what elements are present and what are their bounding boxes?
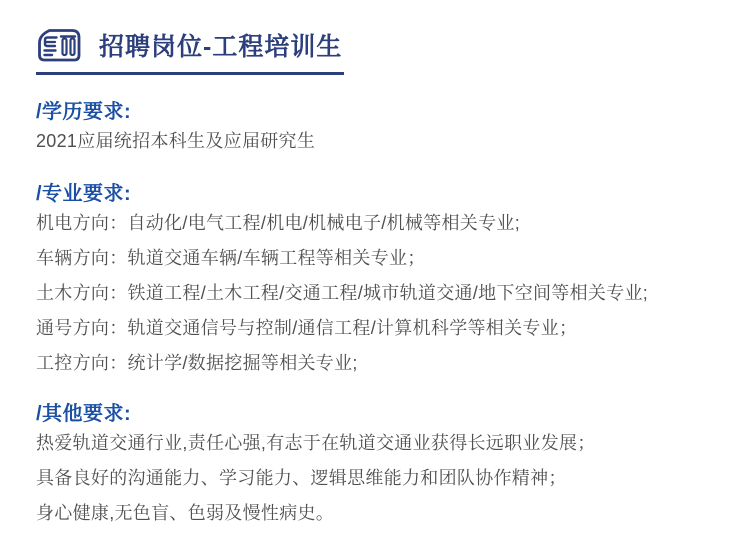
- other-requirement-skills: 具备良好的沟通能力、学习能力、逻辑思维能力和团队协作精神；: [36, 461, 712, 496]
- section-majors: /专业要求: 机电方向：自动化/电气工程/机电/机械电子/机械等相关专业; 车辆…: [36, 183, 712, 381]
- section-heading-majors: /专业要求:: [36, 183, 712, 206]
- major-line-vehicles: 车辆方向：轨道交通车辆/车辆工程等相关专业；: [36, 241, 712, 276]
- section-other: /其他要求: 热爱轨道交通行业,责任心强,有志于在轨道交通业获得长远职业发展； …: [36, 403, 712, 531]
- education-requirement-line: 2021应届统招本科生及应届研究生: [36, 124, 712, 159]
- major-line-signal: 通号方向：轨道交通信号与控制/通信工程/计算机科学等相关专业；: [36, 311, 712, 346]
- other-requirement-passion: 热爱轨道交通行业,责任心强,有志于在轨道交通业获得长远职业发展；: [36, 426, 712, 461]
- page-title: 招聘岗位-工程培训生: [99, 28, 342, 66]
- section-heading-other: /其他要求:: [36, 403, 712, 426]
- major-line-industrial-control: 工控方向：统计学/数据挖掘等相关专业;: [36, 346, 712, 381]
- section-heading-education: /学历要求:: [36, 101, 712, 124]
- train-icon: [36, 28, 82, 66]
- section-education: /学历要求: 2021应届统招本科生及应届研究生: [36, 101, 712, 159]
- major-line-civil: 土木方向：铁道工程/土木工程/交通工程/城市轨道交通/地下空间等相关专业;: [36, 276, 712, 311]
- major-line-mechatronics: 机电方向：自动化/电气工程/机电/机械电子/机械等相关专业;: [36, 206, 712, 241]
- job-posting-page: 招聘岗位-工程培训生 /学历要求: 2021应届统招本科生及应届研究生 /专业要…: [0, 0, 742, 531]
- other-requirement-health: 身心健康,无色盲、色弱及慢性病史。: [36, 496, 712, 531]
- page-header: 招聘岗位-工程培训生: [36, 28, 344, 75]
